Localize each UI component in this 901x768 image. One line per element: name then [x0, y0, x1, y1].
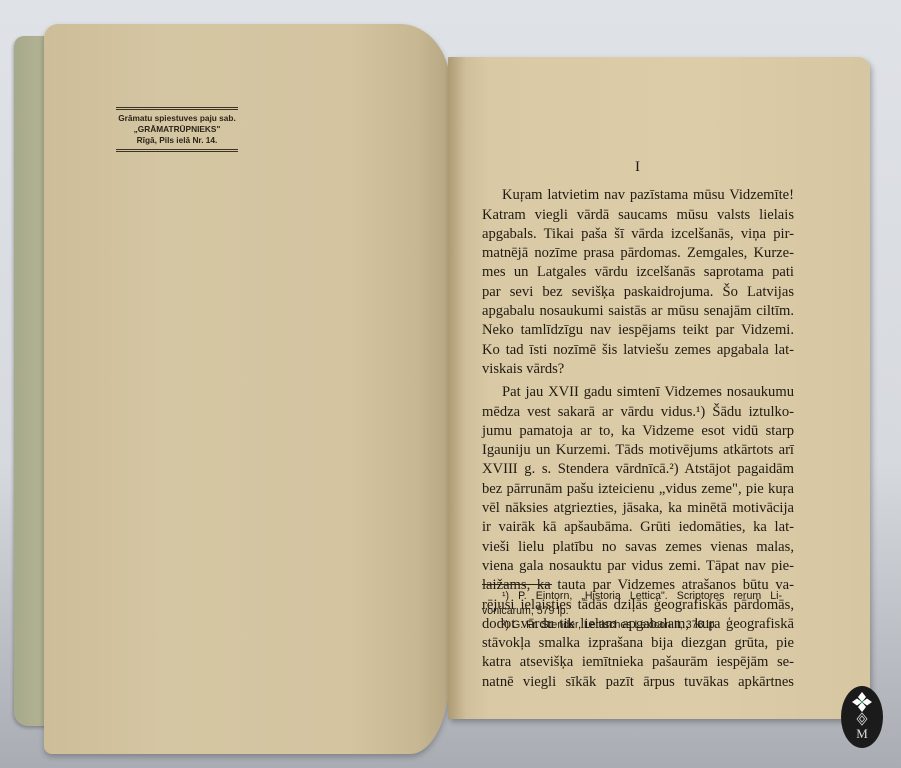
text-line: ir vairāk kā apšaubāma. Grūti iedomāties… — [482, 518, 794, 537]
imprint-rule-bottom — [116, 149, 238, 152]
footnote-line: ²) G. Fr. Stender, Lettisches Lexicon II… — [482, 618, 782, 633]
svg-text:M: M — [856, 726, 868, 741]
footnote-line: vonicarum, 579 lp. — [482, 604, 782, 619]
book-gutter-shadow — [448, 57, 466, 719]
text-line: viskais vārds? — [482, 360, 794, 379]
text-line: natnē viegli sīkāk pazīt ārpus tuvākas a… — [482, 673, 794, 692]
text-line: matnējā nozīme prasa pārdomas. Zemgales,… — [482, 244, 794, 263]
text-line: Ko tad īsti nozīmē šis latviešu zemes ap… — [482, 341, 794, 360]
text-line: par sevi bez sevišķa paskaidrojuma. Šo L… — [482, 283, 794, 302]
imprint-line-2: „GRĀMATRŪPNIEKS" — [116, 124, 238, 135]
imprint-line-3: Rīgā, Pils ielā Nr. 14. — [116, 135, 238, 146]
paragraph-1: Kuŗam latvietim nav pazīstama mūsu Vidze… — [482, 186, 794, 379]
left-page — [44, 24, 450, 754]
text-line: bez pārrunām pašu izteicienu „vidus zeme… — [482, 480, 794, 499]
text-line: jumu pamatoja ar to, ka Vidzeme esot vid… — [482, 422, 794, 441]
imprint-rule-top — [116, 107, 238, 110]
text-line: vieši lielu platību no savas zemes viena… — [482, 538, 794, 557]
cross-diamond-monogram-icon: M — [841, 686, 883, 748]
chapter-number: I — [482, 158, 794, 177]
text-line: viena gala nosauktu par vidus zemi. Tāpa… — [482, 557, 794, 576]
printer-imprint: Grāmatu spiestuves paju sab. „GRĀMATRŪPN… — [116, 107, 238, 152]
text-line: apgabals. Tikai paša šī vārda izcelšanās… — [482, 225, 794, 244]
text-line: Neko tamlīdzīgu nav iespējams teikt par … — [482, 321, 794, 340]
text-line: mes un Latgales vārdu izcelšanās saprota… — [482, 263, 794, 282]
footnote-separator — [482, 584, 552, 585]
imprint-line-1: Grāmatu spiestuves paju sab. — [116, 113, 238, 124]
text-line: stāvokļa smalka izprašana bija diezgan g… — [482, 634, 794, 653]
text-line: Kuŗam latvietim nav pazīstama mūsu Vidze… — [482, 186, 794, 205]
footnotes: ¹) P. Eintorn, „Historia Lettica". Scrip… — [482, 589, 782, 633]
footnote-line: ¹) P. Eintorn, „Historia Lettica". Scrip… — [482, 589, 782, 604]
text-line: Igauniju un Kurzemi. Tāds motivējums atk… — [482, 441, 794, 460]
text-line: apgabalu nosaukumi saistās ar mūsu senaj… — [482, 302, 794, 321]
text-line: Pat jau XVII gadu simtenī Vidzemes nosau… — [482, 383, 794, 402]
text-line: Katram viegli vārdā saucams mūsu valsts … — [482, 206, 794, 225]
text-line: katra atsevišķa iemītnieka pašaurām iesp… — [482, 653, 794, 672]
text-line: XVIII g. s. Stendera vārdnīcā.²) Atstājo… — [482, 460, 794, 479]
text-line: vēl nāksies atgriezties, jāsaka, ka minē… — [482, 499, 794, 518]
paragraph-2: Pat jau XVII gadu simtenī Vidzemes nosau… — [482, 383, 794, 692]
watermark-badge: M — [841, 686, 883, 748]
text-line: mēdza vest sakarā ar vārdu vidus.¹) Šādu… — [482, 403, 794, 422]
